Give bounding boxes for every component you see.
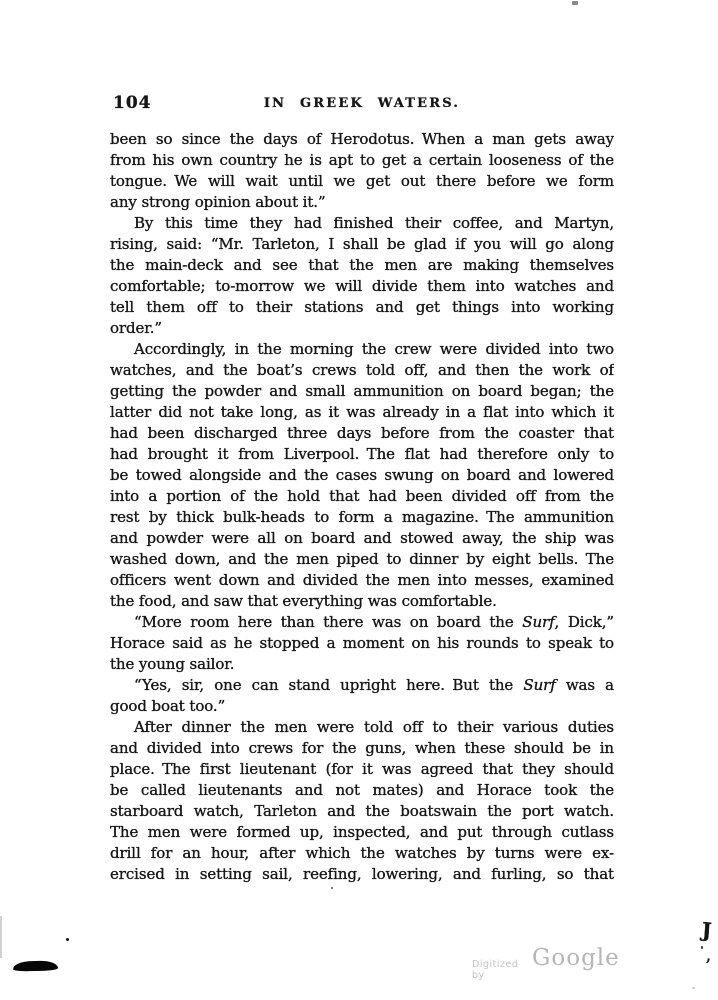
text-line: and divided into crews for the guns, whe… — [110, 738, 614, 759]
text-line: tell them off to their stations and get … — [110, 297, 614, 318]
text-segment: tell them off to their stations and get … — [110, 298, 614, 316]
text-segment: By this time they had finished their cof… — [134, 214, 614, 232]
text-segment: and divided into crews for the guns, whe… — [110, 739, 614, 757]
text-line: “More room here than there was on board … — [110, 612, 614, 633]
text-segment: comfortable; to-morrow we will divide th… — [110, 277, 614, 295]
text-segment: Accordingly, in the morning the crew wer… — [134, 340, 614, 358]
text-segment: was a — [556, 676, 614, 694]
text-line: drill for an hour, after which the watch… — [110, 843, 614, 864]
text-segment: officers went down and divided the men i… — [110, 571, 614, 589]
text-line: be called lieutenants and not mates) and… — [110, 780, 614, 801]
google-logo: Google — [532, 947, 620, 970]
text-line: the food, and saw that everything was co… — [110, 591, 614, 612]
text-line: getting the powder and small ammunition … — [110, 381, 614, 402]
text-line: watches, and the boat’s crews told off, … — [110, 360, 614, 381]
text-line: the young sailor. — [110, 654, 614, 675]
text-segment: been so since the days of Herodotus. Whe… — [110, 130, 614, 148]
text-segment: good boat too.” — [110, 697, 225, 715]
text-segment: , Dick,” — [555, 613, 614, 631]
text-segment: Horace said as he stopped a moment on hi… — [110, 634, 614, 652]
text-segment: the food, and saw that everything was co… — [110, 592, 497, 610]
text-line: “Yes, sir, one can stand upright here. B… — [110, 675, 614, 696]
text-line: By this time they had finished their cof… — [110, 213, 614, 234]
text-segment: order.” — [110, 319, 162, 337]
text-segment: be towed alongside and the cases swung o… — [110, 466, 614, 484]
running-title: IN GREEK WATERS. — [110, 96, 614, 111]
text-line: be towed alongside and the cases swung o… — [110, 465, 614, 486]
text-line: starboard watch, Tarleton and the boatsw… — [110, 801, 614, 822]
text-segment: the main-deck and see that the men are m… — [110, 256, 614, 274]
ink-apostrophe-mark: ’ — [705, 957, 711, 976]
ink-dot — [701, 946, 703, 949]
scanned-book-page: 104 IN GREEK WATERS. been so since the d… — [0, 0, 718, 1000]
text-line: the main-deck and see that the men are m… — [110, 255, 614, 276]
text-segment: and powder were all on board and stowed … — [110, 529, 614, 547]
text-segment: “Yes, sir, one can stand upright here. B… — [134, 676, 523, 694]
text-segment: had been discharged three days before fr… — [110, 424, 614, 442]
text-segment: latter did not take long, as it was alre… — [110, 403, 614, 421]
italic-text: Surf — [522, 613, 554, 631]
text-line: comfortable; to-morrow we will divide th… — [110, 276, 614, 297]
text-segment: tongue. We will wait until we get out th… — [110, 172, 614, 190]
text-line: any strong opinion about it.” — [110, 192, 614, 213]
text-line: rest by thick bulk-heads to form a magaz… — [110, 507, 614, 528]
text-line: from his own country he is apt to get a … — [110, 150, 614, 171]
text-line: Horace said as he stopped a moment on hi… — [110, 633, 614, 654]
text-segment: be called lieutenants and not mates) and… — [110, 781, 614, 799]
text-line: rising, said: “Mr. Tarleton, I shall be … — [110, 234, 614, 255]
text-line: order.” — [110, 318, 614, 339]
text-segment: from his own country he is apt to get a … — [110, 151, 614, 169]
text-line: officers went down and divided the men i… — [110, 570, 614, 591]
text-segment: After dinner the men were told off to th… — [134, 718, 614, 736]
running-header: 104 IN GREEK WATERS. — [110, 93, 614, 115]
text-segment: washed down, and the men piped to dinner… — [110, 550, 614, 568]
text-line: After dinner the men were told off to th… — [110, 717, 614, 738]
text-segment: starboard watch, Tarleton and the boatsw… — [110, 802, 614, 820]
page-edge-mark — [0, 916, 2, 958]
text-segment: had brought it from Liverpool. The flat … — [110, 445, 614, 463]
text-segment: watches, and the boat’s crews told off, … — [110, 361, 614, 379]
text-segment: getting the powder and small ammunition … — [110, 382, 614, 400]
text-line: and powder were all on board and stowed … — [110, 528, 614, 549]
text-segment: the young sailor. — [110, 655, 234, 673]
text-segment: “More room here than there was on board … — [134, 613, 522, 631]
ink-smudge-blob — [13, 960, 58, 971]
corner-faint-dot — [692, 987, 695, 989]
text-segment: rest by thick bulk-heads to form a magaz… — [110, 508, 614, 526]
text-segment: any strong opinion about it.” — [110, 193, 326, 211]
text-segment: drill for an hour, after which the watch… — [110, 844, 614, 862]
watermark-prefix-label: Digitized by — [472, 959, 518, 981]
text-line: into a portion of the hold that had been… — [110, 486, 614, 507]
text-line: ercised in setting sail, reefing, loweri… — [110, 864, 614, 885]
text-line: place. The first lieutenant (for it was … — [110, 759, 614, 780]
text-line: tongue. We will wait until we get out th… — [110, 171, 614, 192]
stray-dot — [331, 887, 333, 889]
text-line: washed down, and the men piped to dinner… — [110, 549, 614, 570]
ink-dot — [66, 938, 69, 941]
top-edge-smudge — [572, 1, 578, 5]
text-segment: place. The first lieutenant (for it was … — [110, 760, 614, 778]
text-line: good boat too.” — [110, 696, 614, 717]
text-line: been so since the days of Herodotus. Whe… — [110, 129, 614, 150]
ink-hook-mark: J — [701, 920, 712, 941]
text-segment: into a portion of the hold that had been… — [110, 487, 614, 505]
text-segment: rising, said: “Mr. Tarleton, I shall be … — [110, 235, 614, 253]
text-line: had been discharged three days before fr… — [110, 423, 614, 444]
text-line: The men were formed up, inspected, and p… — [110, 822, 614, 843]
text-segment: ercised in setting sail, reefing, loweri… — [110, 865, 614, 883]
text-segment: The men were formed up, inspected, and p… — [110, 823, 614, 841]
text-line: had brought it from Liverpool. The flat … — [110, 444, 614, 465]
text-line: latter did not take long, as it was alre… — [110, 402, 614, 423]
italic-text: Surf — [523, 676, 555, 694]
text-line: Accordingly, in the morning the crew wer… — [110, 339, 614, 360]
page-body: been so since the days of Herodotus. Whe… — [110, 129, 614, 885]
